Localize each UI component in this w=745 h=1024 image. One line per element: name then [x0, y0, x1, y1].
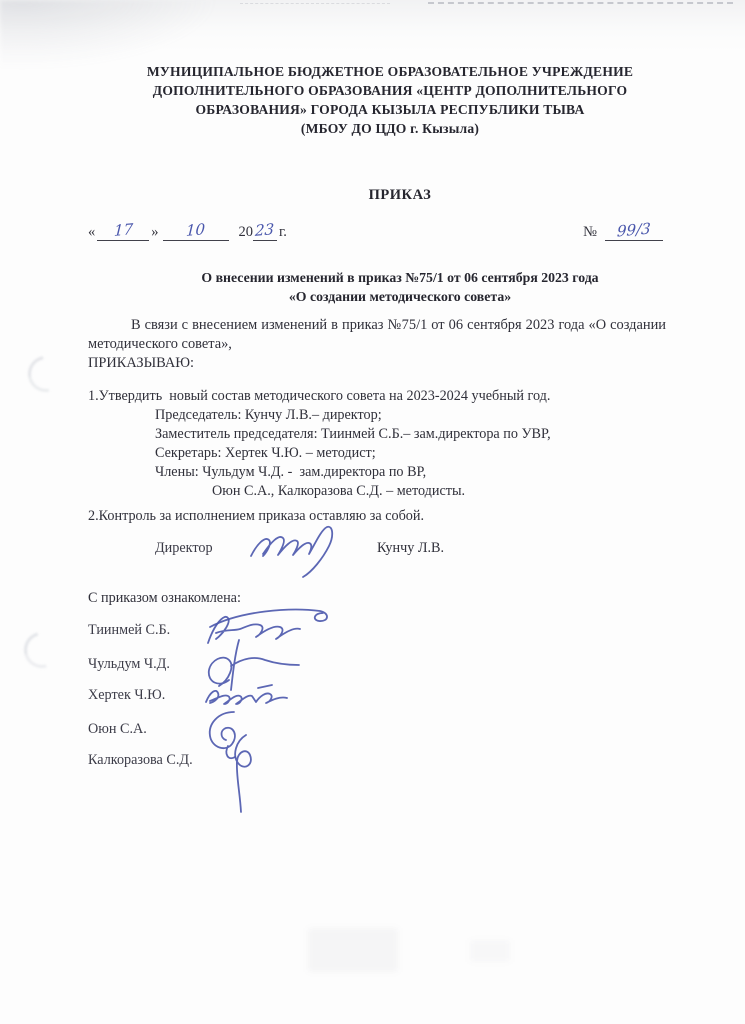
handwritten-day: 17 — [113, 220, 133, 240]
director-label: Директор — [155, 540, 213, 557]
order-item-2: 2.Контроль за исполнением приказа оставл… — [88, 508, 424, 525]
bleed-through-smudge-small — [470, 940, 510, 962]
signatory-signature-tiinmey — [200, 603, 335, 651]
council-chairman: Председатель: Кунчу Л.В.– директор; — [155, 407, 382, 424]
month-blank: 10 — [163, 221, 229, 241]
signatory-signature-kalkorazova — [222, 731, 264, 816]
handwritten-month: 10 — [186, 220, 206, 240]
year-blank: 23 — [253, 221, 277, 241]
close-quote: » — [151, 224, 158, 240]
org-header-line: (МБОУ ДО ЦДО г. Кызыла) — [110, 119, 670, 138]
signatory-signature-oyun — [200, 706, 248, 764]
body-paragraph: В связи с внесением изменений в приказ №… — [88, 316, 666, 353]
document-title: ПРИКАЗ — [55, 187, 745, 204]
org-header-line: ОБРАЗОВАНИЯ» ГОРОДА КЫЗЫЛА РЕСПУБЛИКИ ТЫ… — [110, 100, 670, 119]
organization-header: МУНИЦИПАЛЬНОЕ БЮДЖЕТНОЕ ОБРАЗОВАТЕЛЬНОЕ … — [110, 62, 670, 138]
hole-punch-mark-top — [21, 349, 71, 399]
date-number-row: «17»102023г. №99/3 — [88, 221, 663, 243]
org-header-line: ДОПОЛНИТЕЛЬНОГО ОБРАЗОВАНИЯ «ЦЕНТР ДОПОЛ… — [110, 81, 670, 100]
scan-corner-shadow — [0, 0, 220, 70]
scan-edge-dashes-faint — [240, 3, 390, 4]
handwritten-year: 23 — [255, 220, 275, 240]
signatory-signature-khertek — [200, 674, 295, 710]
number-blank: 99/3 — [605, 221, 663, 241]
signatory-name: Чульдум Ч.Д. — [88, 656, 170, 673]
director-name: Кунчу Л.В. — [377, 540, 444, 557]
number-field: №99/3 — [583, 221, 663, 241]
org-header-line: МУНИЦИПАЛЬНОЕ БЮДЖЕТНОЕ ОБРАЗОВАТЕЛЬНОЕ … — [110, 62, 670, 81]
signatory-name: Калкоразова С.Д. — [88, 752, 193, 769]
scan-top-shadow — [0, 0, 745, 52]
hole-punch-mark-bottom — [17, 625, 66, 674]
open-quote: « — [88, 224, 95, 240]
signatory-name: Хертек Ч.Ю. — [88, 687, 165, 704]
subject-line: «О создании методического совета» — [60, 287, 740, 306]
date-field: «17»102023г. — [88, 221, 287, 241]
bleed-through-smudge — [308, 928, 398, 972]
order-item-1: 1.Утвердить новый состав методического с… — [88, 388, 550, 405]
council-secretary: Секретарь: Хертек Ч.Ю. – методист; — [155, 445, 376, 462]
acknowledged-label: С приказом ознакомлена: — [88, 590, 241, 607]
signatory-name: Тиинмей С.Б. — [88, 622, 170, 639]
signatory-name: Оюн С.А. — [88, 721, 147, 738]
scanned-order-page: МУНИЦИПАЛЬНОЕ БЮДЖЕТНОЕ ОБРАЗОВАТЕЛЬНОЕ … — [0, 0, 745, 1024]
council-deputy: Заместитель председателя: Тиинмей С.Б.– … — [155, 426, 551, 443]
year-printed: 20 — [239, 224, 254, 240]
council-members: Члены: Чульдум Ч.Д. - зам.директора по В… — [155, 464, 426, 481]
number-label: № — [583, 224, 597, 240]
year-suffix: г. — [279, 224, 287, 240]
scan-edge-dashes — [428, 2, 733, 4]
signatory-signature-chuldum — [195, 636, 305, 694]
subject-line: О внесении изменений в приказ №75/1 от 0… — [60, 268, 740, 287]
day-blank: 17 — [97, 221, 149, 241]
handwritten-number: 99/3 — [617, 219, 652, 240]
council-members-cont: Оюн С.А., Калкоразова С.Д. – методисты. — [212, 483, 465, 500]
order-subject: О внесении изменений в приказ №75/1 от 0… — [60, 268, 740, 306]
order-verb: ПРИКАЗЫВАЮ: — [88, 355, 194, 372]
